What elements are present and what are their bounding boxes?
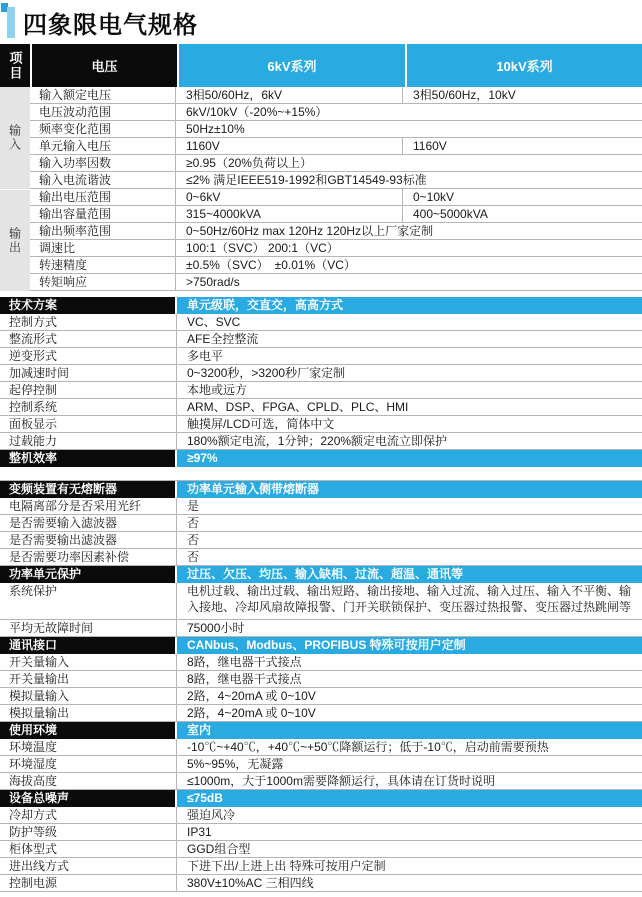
group-label-text: 输入 (7, 124, 24, 152)
row-value: IP31 (177, 824, 642, 840)
row-label: 起停控制 (0, 382, 177, 398)
row-value: >750rad/s (176, 274, 642, 290)
row-value: ≥97% (177, 450, 642, 467)
column-header-10kv-series: 10kV系列 (407, 44, 642, 87)
table-row: 加减速时间0~3200秒，>3200秒厂家定制 (0, 365, 642, 382)
table-row: 开关量输入8路，继电器干式接点 (0, 654, 642, 671)
row-value: 0~50Hz/60Hz max 120Hz 120Hz以上厂家定制 (176, 223, 642, 239)
row-label: 是否需要输入滤波器 (0, 515, 177, 531)
row-value: 是 (177, 498, 642, 514)
row-value: 本地或远方 (177, 382, 642, 398)
row-label: 逆变形式 (0, 348, 177, 364)
row-label: 输入功率因数 (30, 155, 176, 171)
row-label: 输入电流谐波 (30, 172, 176, 188)
row-label: 通讯接口 (0, 637, 177, 654)
row-label: 控制方式 (0, 314, 177, 330)
row-label: 输出频率范围 (30, 223, 176, 239)
row-label: 防护等级 (0, 824, 177, 840)
table-row: 面板显示触摸屏/LCD可选，简体中文 (0, 416, 642, 433)
table-row: 输入电流谐波≤2% 满足IEEE519-1992和GBT14549-93标准 (30, 172, 642, 189)
table-row: 是否需要输出滤波器否 (0, 532, 642, 549)
row-label: 开关量输入 (0, 654, 177, 670)
row-value: 电机过载、输出过载、输出短路、输出接地、输入过流、输入过压、输入不平衡、输入接地… (177, 583, 642, 619)
table-row: 电隔离部分是否采用光纤是 (0, 498, 642, 515)
table-header-row: 项目 电压 6kV系列 10kV系列 (0, 44, 642, 87)
spec-sheet-page: 四象限电气规格 项目 电压 6kV系列 10kV系列 输入输入额定电压3相50/… (0, 0, 642, 892)
row-label: 是否需要功率因素补偿 (0, 549, 177, 565)
row-value: CANbus、Modbus、PROFIBUS 特殊可按用户定制 (177, 637, 642, 654)
row-value: 否 (177, 532, 642, 548)
row-label: 加减速时间 (0, 365, 177, 381)
table-row: 输出电压范围0~6kV0~10kV (30, 189, 642, 206)
row-label: 整流形式 (0, 331, 177, 347)
table-row: 控制方式VC、SVC (0, 314, 642, 331)
electrical-spec-table: 项目 电压 6kV系列 10kV系列 输入输入额定电压3相50/60Hz，6kV… (0, 44, 642, 291)
row-value: 过压、欠压、均压、输入缺相、过流、超温、通讯等 (177, 566, 642, 583)
row-label: 单元输入电压 (30, 138, 176, 154)
row-label: 环境湿度 (0, 756, 177, 772)
page-header: 四象限电气规格 (0, 0, 642, 44)
table-row: 功率单元保护过压、欠压、均压、输入缺相、过流、超温、通讯等 (0, 566, 642, 583)
table-row: 整机效率≥97% (0, 450, 642, 467)
value-6kv: 1160V (176, 138, 403, 154)
table-row: 过载能力180%额定电流，1分钟；220%额定电流立即保护 (0, 433, 642, 450)
row-label: 模拟量输入 (0, 688, 177, 704)
general-spec-table: 技术方案单元级联，交直交，高高方式控制方式VC、SVC整流形式AFE全控整流逆变… (0, 297, 642, 892)
table-row: 控制系统ARM、DSP、FPGA、CPLD、PLC、HMI (0, 399, 642, 416)
table-row: 转矩响应>750rad/s (30, 274, 642, 291)
column-header-voltage: 电压 (32, 44, 177, 87)
gap-row (0, 467, 642, 481)
row-value: 380V±10%AC 三相四线 (177, 875, 642, 891)
row-value: 100:1（SVC） 200:1（VC） (176, 240, 642, 256)
row-value: 8路，继电器干式接点 (177, 654, 642, 670)
accent-bar (7, 7, 15, 38)
row-label: 系统保护 (0, 583, 177, 619)
value-10kv: 1160V (403, 138, 642, 154)
row-value: 多电平 (177, 348, 642, 364)
row-value: ≤2% 满足IEEE519-1992和GBT14549-93标准 (176, 172, 642, 188)
table-row: 频率变化范围50Hz±10% (30, 121, 642, 138)
group-label: 输出 (0, 189, 30, 291)
row-label: 变频装置有无熔断器 (0, 481, 177, 498)
row-value: 75000小时 (177, 620, 642, 636)
row-value: 2路，4~20mA 或 0~10V (177, 705, 642, 721)
table-row: 环境湿度5%~95%，无凝露 (0, 756, 642, 773)
row-value: ±0.5%（SVC） ±0.01%（VC） (176, 257, 642, 273)
table-body: 输入输入额定电压3相50/60Hz，6kV3相50/60Hz，10kV电压波动范… (0, 87, 642, 291)
value-6kv: 0~6kV (176, 189, 403, 205)
row-value: 6kV/10kV（-20%~+15%） (176, 104, 642, 120)
value-10kv: 3相50/60Hz，10kV (403, 87, 642, 103)
group-rows: 输入额定电压3相50/60Hz，6kV3相50/60Hz，10kV电压波动范围6… (30, 87, 642, 189)
table-row: 单元输入电压1160V1160V (30, 138, 642, 155)
row-value: ≥0.95（20%负荷以上） (176, 155, 642, 171)
row-value: 0~3200秒，>3200秒厂家定制 (177, 365, 642, 381)
row-value: 强迫风冷 (177, 807, 642, 823)
row-label: 环境温度 (0, 739, 177, 755)
table-row: 是否需要输入滤波器否 (0, 515, 642, 532)
table-row: 进出线方式下进下出/上进上出 特殊可按用户定制 (0, 858, 642, 875)
column-header-item: 项目 (0, 44, 30, 87)
value-6kv: 3相50/60Hz，6kV (176, 87, 403, 103)
row-label: 进出线方式 (0, 858, 177, 874)
table-row: 通讯接口CANbus、Modbus、PROFIBUS 特殊可按用户定制 (0, 637, 642, 654)
table-row: 海拔高度≤1000m，大于1000m需要降额运行，具体请在订货时说明 (0, 773, 642, 790)
row-value: 8路，继电器干式接点 (177, 671, 642, 687)
row-label: 输入额定电压 (30, 87, 176, 103)
row-label: 频率变化范围 (30, 121, 176, 137)
table-row: 转速精度±0.5%（SVC） ±0.01%（VC） (30, 257, 642, 274)
row-label: 整机效率 (0, 450, 177, 467)
row-label: 功率单元保护 (0, 566, 177, 583)
row-value: 触摸屏/LCD可选，简体中文 (177, 416, 642, 432)
row-label: 是否需要输出滤波器 (0, 532, 177, 548)
table-row: 起停控制本地或远方 (0, 382, 642, 399)
table-row: 使用环境室内 (0, 722, 642, 739)
row-label: 电隔离部分是否采用光纤 (0, 498, 177, 514)
row-label: 模拟量输出 (0, 705, 177, 721)
row-label: 输出电压范围 (30, 189, 176, 205)
table-row: 输入功率因数≥0.95（20%负荷以上） (30, 155, 642, 172)
row-label: 面板显示 (0, 416, 177, 432)
row-label: 使用环境 (0, 722, 177, 739)
row-label: 电压波动范围 (30, 104, 176, 120)
row-label: 控制系统 (0, 399, 177, 415)
row-value: VC、SVC (177, 314, 642, 330)
row-label: 技术方案 (0, 297, 177, 314)
row-label: 海拔高度 (0, 773, 177, 789)
row-value: 下进下出/上进上出 特殊可按用户定制 (177, 858, 642, 874)
table-row: 冷却方式强迫风冷 (0, 807, 642, 824)
group-rows: 输出电压范围0~6kV0~10kV输出容量范围315~4000kVA400~50… (30, 189, 642, 291)
table-row: 输入额定电压3相50/60Hz，6kV3相50/60Hz，10kV (30, 87, 642, 104)
table-row: 输出容量范围315~4000kVA400~5000kVA (30, 206, 642, 223)
group-label: 输入 (0, 87, 30, 189)
row-value: ARM、DSP、FPGA、CPLD、PLC、HMI (177, 399, 642, 415)
group-label-text: 输出 (7, 227, 24, 255)
row-label: 设备总噪声 (0, 790, 177, 807)
page-title: 四象限电气规格 (23, 5, 198, 40)
table-row: 模拟量输入2路，4~20mA 或 0~10V (0, 688, 642, 705)
row-label: 调速比 (30, 240, 176, 256)
row-label: 过载能力 (0, 433, 177, 449)
table-row: 逆变形式多电平 (0, 348, 642, 365)
row-label: 控制电源 (0, 875, 177, 891)
row-value: AFE全控整流 (177, 331, 642, 347)
spec-group: 输入输入额定电压3相50/60Hz，6kV3相50/60Hz，10kV电压波动范… (0, 87, 642, 189)
table-row: 系统保护电机过载、输出过载、输出短路、输出接地、输入过流、输入过压、输入不平衡、… (0, 583, 642, 620)
table-row: 电压波动范围6kV/10kV（-20%~+15%） (30, 104, 642, 121)
row-label: 转矩响应 (30, 274, 176, 290)
table-row: 防护等级IP31 (0, 824, 642, 841)
row-value: 单元级联，交直交，高高方式 (177, 297, 642, 314)
value-10kv: 0~10kV (403, 189, 642, 205)
table-row: 整流形式AFE全控整流 (0, 331, 642, 348)
row-label: 开关量输出 (0, 671, 177, 687)
spec-group: 输出输出电压范围0~6kV0~10kV输出容量范围315~4000kVA400~… (0, 189, 642, 291)
row-value: -10℃~+40℃，+40℃~+50℃降额运行；低于-10℃，启动前需要预热 (177, 739, 642, 755)
table-row: 平均无故障时间75000小时 (0, 620, 642, 637)
table-row: 开关量输出8路，继电器干式接点 (0, 671, 642, 688)
row-value: 否 (177, 515, 642, 531)
table-row: 柜体型式GGD组合型 (0, 841, 642, 858)
row-value: 50Hz±10% (176, 121, 642, 137)
table-row: 变频装置有无熔断器功率单元输入侧带熔断器 (0, 481, 642, 498)
table-row: 设备总噪声≤75dB (0, 790, 642, 807)
table-row: 模拟量输出2路，4~20mA 或 0~10V (0, 705, 642, 722)
table-row: 是否需要功率因素补偿否 (0, 549, 642, 566)
row-label: 冷却方式 (0, 807, 177, 823)
row-label: 输出容量范围 (30, 206, 176, 222)
row-value: 180%额定电流，1分钟；220%额定电流立即保护 (177, 433, 642, 449)
row-value: 功率单元输入侧带熔断器 (177, 481, 642, 498)
row-value: 2路，4~20mA 或 0~10V (177, 688, 642, 704)
table-row: 调速比100:1（SVC） 200:1（VC） (30, 240, 642, 257)
table-row: 技术方案单元级联，交直交，高高方式 (0, 297, 642, 314)
row-value: ≤75dB (177, 790, 642, 807)
row-value: GGD组合型 (177, 841, 642, 857)
table-row: 输出频率范围0~50Hz/60Hz max 120Hz 120Hz以上厂家定制 (30, 223, 642, 240)
row-label: 转速精度 (30, 257, 176, 273)
table-row: 控制电源380V±10%AC 三相四线 (0, 875, 642, 892)
value-6kv: 315~4000kVA (176, 206, 403, 222)
row-value: 5%~95%，无凝露 (177, 756, 642, 772)
row-value: ≤1000m，大于1000m需要降额运行，具体请在订货时说明 (177, 773, 642, 789)
row-label: 柜体型式 (0, 841, 177, 857)
column-header-6kv-series: 6kV系列 (179, 44, 405, 87)
title-accent-icon (0, 2, 18, 40)
row-label: 平均无故障时间 (0, 620, 177, 636)
value-10kv: 400~5000kVA (403, 206, 642, 222)
table-row: 环境温度-10℃~+40℃，+40℃~+50℃降额运行；低于-10℃，启动前需要… (0, 739, 642, 756)
row-value: 否 (177, 549, 642, 565)
row-value: 室内 (177, 722, 642, 739)
